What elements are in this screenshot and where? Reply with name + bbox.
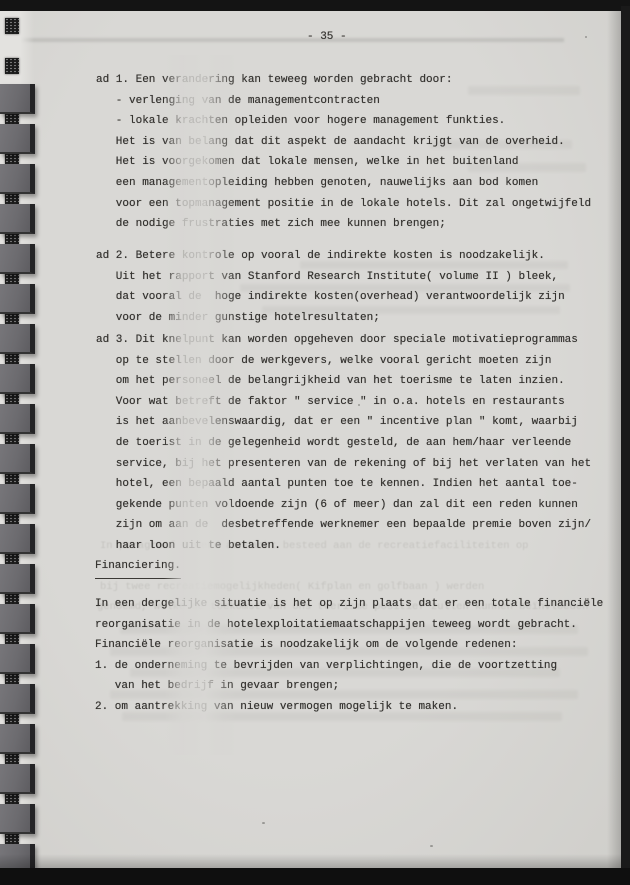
binding-tooth xyxy=(0,364,35,394)
binding-tooth xyxy=(0,164,35,194)
binding-tooth xyxy=(0,444,35,474)
binding-tooth xyxy=(0,604,35,634)
scanned-document-page: In paragraaf 1 werd aandacht besteed aan… xyxy=(0,0,630,885)
scan-bottom-shadow xyxy=(0,854,630,868)
binding-tooth xyxy=(0,124,35,154)
punch-hole xyxy=(5,58,19,74)
binding-tooth xyxy=(0,804,35,834)
binding-comb xyxy=(0,0,46,885)
binding-tooth xyxy=(0,764,35,794)
scan-right-shade xyxy=(607,0,621,885)
scan-streak xyxy=(8,38,564,42)
binding-tooth xyxy=(0,484,35,514)
scan-border-right xyxy=(621,6,630,885)
binding-tooth xyxy=(0,324,35,354)
punch-hole xyxy=(5,18,19,34)
binding-tooth xyxy=(0,564,35,594)
ink-speck xyxy=(585,36,587,38)
binding-tooth xyxy=(0,204,35,234)
binding-tooth xyxy=(0,724,35,754)
binding-tooth xyxy=(0,644,35,674)
fade-smudge-stripe xyxy=(164,55,238,755)
ink-speck xyxy=(358,404,360,406)
scan-border-top xyxy=(0,0,630,11)
ink-speck xyxy=(552,300,554,302)
binding-tooth xyxy=(0,244,35,274)
binding-tooth xyxy=(0,684,35,714)
binding-tooth xyxy=(0,84,35,114)
binding-tooth xyxy=(0,284,35,314)
ink-speck xyxy=(430,845,433,847)
binding-tooth xyxy=(0,404,35,434)
ink-speck xyxy=(262,822,265,824)
typewritten-text-layer: - 35 - ad 1. Een verandering kan teweeg … xyxy=(0,0,630,885)
binding-tooth xyxy=(0,524,35,554)
scan-border-bottom xyxy=(0,868,630,885)
